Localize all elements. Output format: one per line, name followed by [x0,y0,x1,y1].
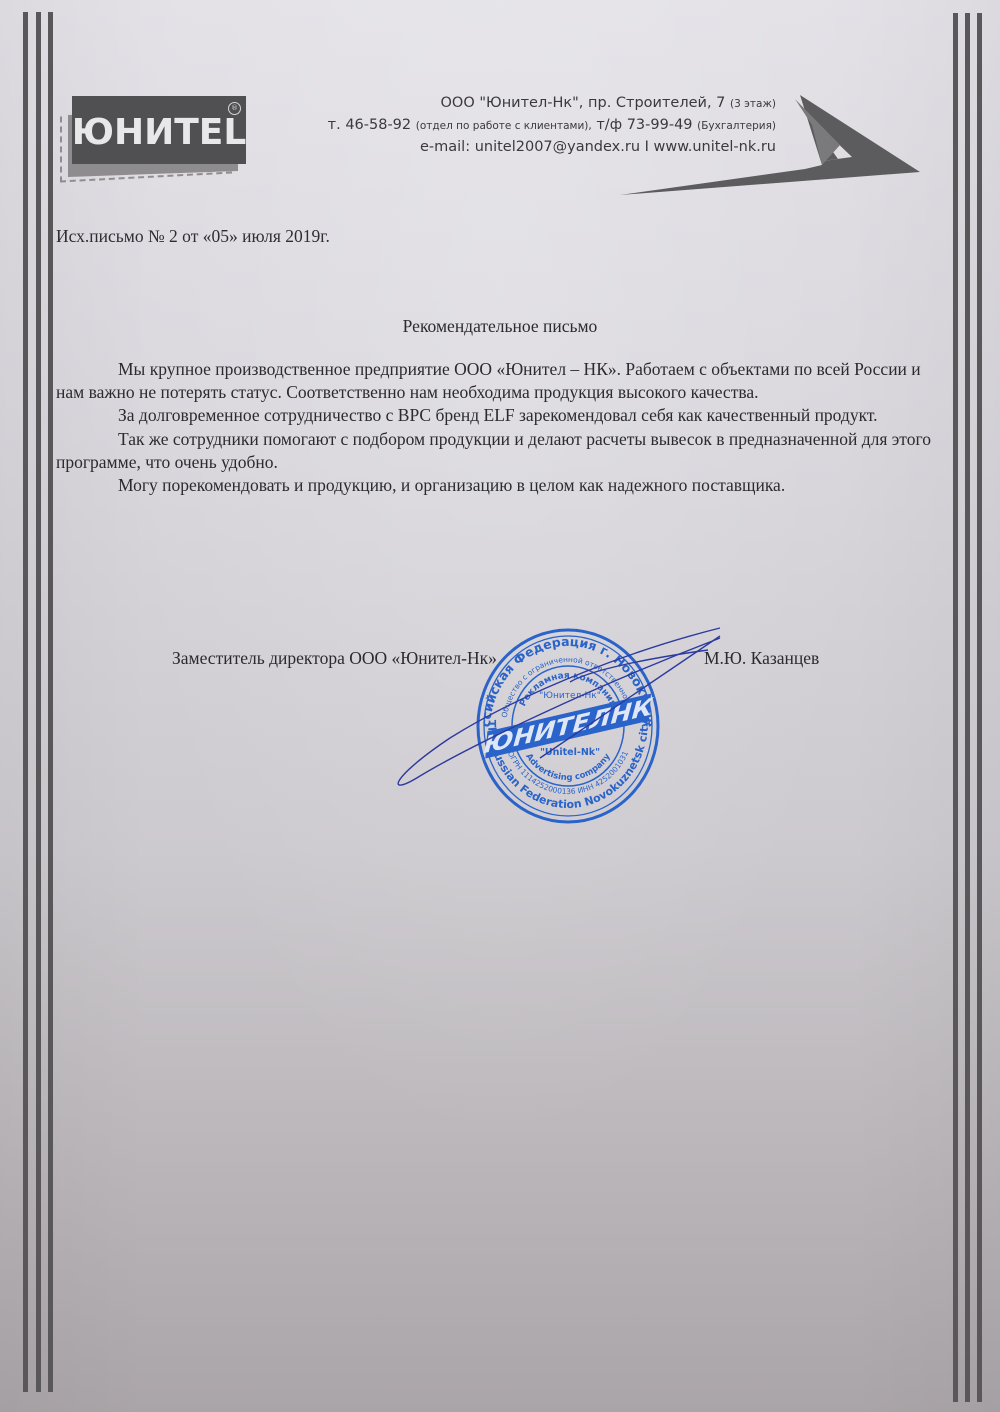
outgoing-reference: Исх.письмо № 2 от «05» июля 2019г. [56,226,330,247]
phone-clients: т. 46-58-92 [328,117,411,133]
logo-text: ЮНИТEL [72,112,247,153]
stamp-text-ring: Рекламная компания [518,671,618,709]
border-stripe [977,13,982,1402]
border-stripe [36,12,41,1392]
company-stamp-with-signature: Российская Федерация г. Новокузнецк The … [390,618,730,828]
border-stripe [965,13,970,1402]
paragraph: Могу порекомендовать и продукцию, и орга… [56,474,944,497]
svg-text:Рекламная компания: Рекламная компания [518,671,618,709]
stamp-name-ru: "Юнител-Нк" [539,691,601,701]
logo-box: ЮНИТEL ® [72,96,246,164]
letterhead-arrow-graphic [590,95,920,195]
phone-clients-note: (отдел по работе с клиентами), [416,120,592,132]
company-logo: ЮНИТEL ® [60,90,260,190]
paragraph: Мы крупное производственное предприятие … [56,358,944,404]
paragraph: За долговременное сотрудничество с ВРС б… [56,404,944,427]
border-stripe [953,13,958,1402]
border-stripe [48,12,53,1392]
handwritten-signature [398,628,720,785]
border-stripe [23,12,28,1392]
letter-body: Мы крупное производственное предприятие … [56,358,944,497]
paragraph: Так же сотрудники помогают с подбором пр… [56,428,944,474]
registered-mark-icon: ® [228,102,241,115]
letter-title: Рекомендательное письмо [0,316,1000,337]
